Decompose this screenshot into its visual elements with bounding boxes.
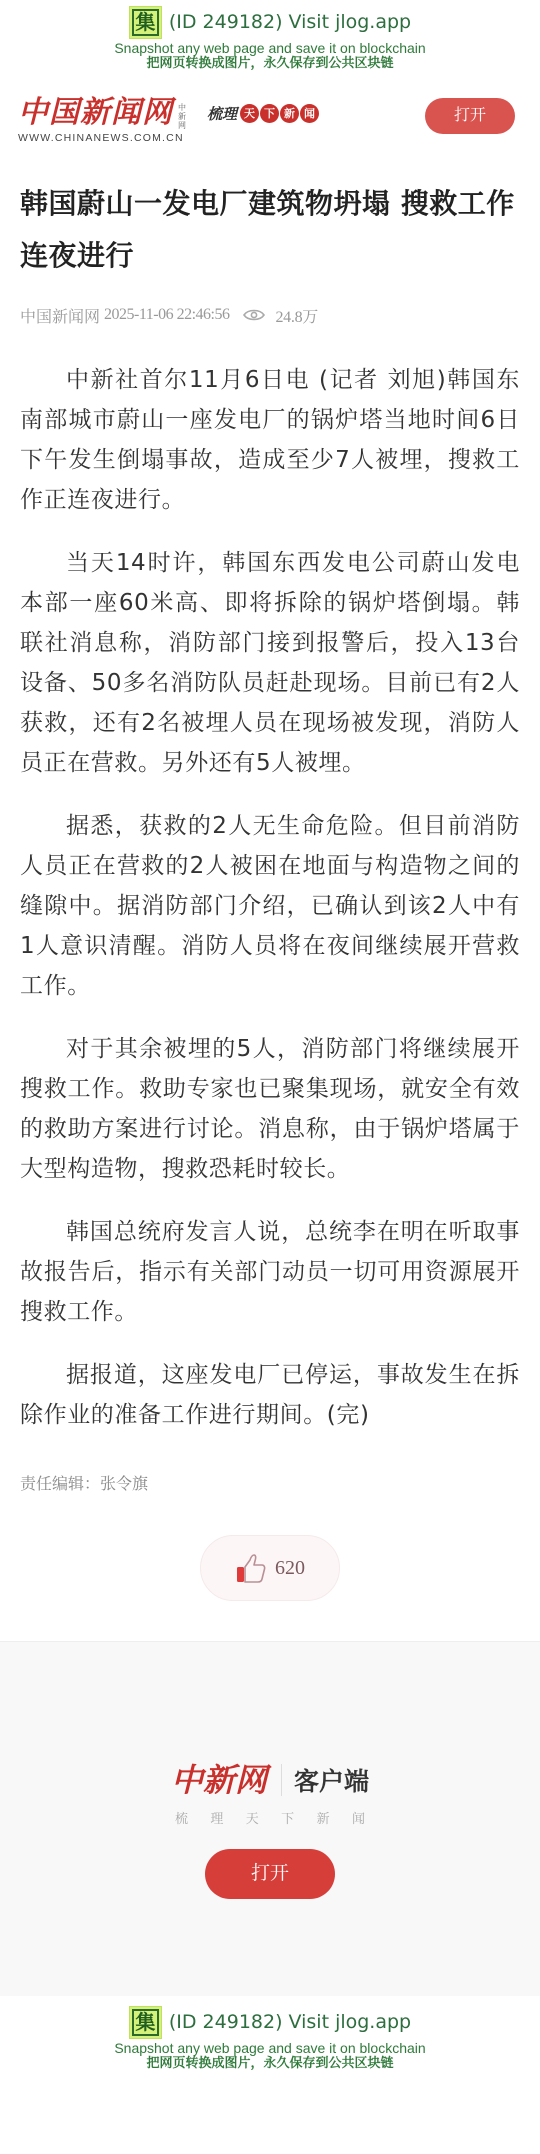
like-button[interactable]: 620 — [200, 1535, 340, 1601]
article-datetime: 2025-11-06 22:46:56 — [104, 306, 229, 324]
watermark-banner-top: 集 (ID 249182) Visit jlog.app Snapshot an… — [0, 0, 540, 80]
watermark-id-link[interactable]: (ID 249182) Visit jlog.app — [169, 2011, 411, 2033]
site-header: 中国新闻网 中新网 WWW.CHINANEWS.COM.CN 梳理 天 下 新 … — [0, 80, 540, 160]
watermark-tagline-zh: 把网页转换成图片，永久保存到公共区块链 — [0, 56, 540, 72]
like-count: 620 — [275, 1557, 305, 1580]
responsible-editor: 责任编辑：张令旗 — [20, 1469, 520, 1499]
open-app-button-top[interactable]: 打开 — [425, 98, 515, 134]
watermark-id-link[interactable]: (ID 249182) Visit jlog.app — [169, 11, 411, 33]
chinanews-logo[interactable]: 中国新闻网 中新网 WWW.CHINANEWS.COM.CN — [18, 96, 187, 144]
article-title: 韩国蔚山一发电厂建筑物坍塌 搜救工作连夜进行 — [20, 160, 520, 282]
eye-icon — [243, 308, 265, 322]
promo-logo: 中新网 — [171, 1760, 267, 1800]
watermark-banner-bottom: 集 (ID 249182) Visit jlog.app Snapshot an… — [0, 1996, 540, 2077]
article-body: 中新社首尔11月6日电 (记者 刘旭)韩国东南部城市蔚山一座发电厂的锅炉塔当地时… — [20, 360, 520, 1435]
article-paragraph: 据悉，获救的2人无生命危险。但目前消防人员正在营救的2人被困在地面与构造物之间的… — [20, 806, 520, 1006]
like-section: 620 — [20, 1535, 520, 1601]
slogan-char: 闻 — [300, 104, 319, 123]
article-paragraph: 对于其余被埋的5人，消防部门将继续展开搜救工作。救助专家也已聚集现场，就安全有效… — [20, 1029, 520, 1189]
article-paragraph: 韩国总统府发言人说，总统李在明在听取事故报告后，指示有关部门动员一切可用资源展开… — [20, 1212, 520, 1332]
article-paragraph: 据报道，这座发电厂已停运，事故发生在拆除作业的准备工作进行期间。(完) — [20, 1355, 520, 1435]
jlog-badge-icon: 集 — [129, 2006, 162, 2039]
article-paragraph: 当天14时许，韩国东西发电公司蔚山发电本部一座60米高、即将拆除的锅炉塔倒塌。韩… — [20, 543, 520, 783]
watermark-tagline-en: Snapshot any web page and save it on blo… — [0, 40, 540, 56]
article-paragraph: 中新社首尔11月6日电 (记者 刘旭)韩国东南部城市蔚山一座发电厂的锅炉塔当地时… — [20, 360, 520, 520]
slogan-char: 新 — [280, 104, 299, 123]
logo-vertical-text: 中新网 — [177, 103, 187, 130]
open-app-button-bottom[interactable]: 打开 — [205, 1849, 335, 1899]
watermark-tagline-zh: 把网页转换成图片，永久保存到公共区块链 — [0, 2056, 540, 2072]
article-meta: 中国新闻网 2025-11-06 22:46:56 24.8万 — [20, 302, 520, 328]
watermark-tagline-en: Snapshot any web page and save it on blo… — [0, 2040, 540, 2056]
article: 韩国蔚山一发电厂建筑物坍塌 搜救工作连夜进行 中国新闻网 2025-11-06 … — [0, 160, 540, 1601]
logo-text: 中国新闻网 — [18, 96, 173, 130]
slogan-char: 天 — [240, 104, 259, 123]
slogan-char: 下 — [260, 104, 279, 123]
promo-app-label: 客户端 — [294, 1762, 369, 1798]
header-slogan: 梳理 天 下 新 闻 — [207, 103, 319, 124]
promo-slogan: 梳 理 天 下 新 闻 — [175, 1808, 365, 1827]
jlog-badge-icon: 集 — [129, 6, 162, 39]
view-count: 24.8万 — [275, 304, 318, 327]
logo-url: WWW.CHINANEWS.COM.CN — [18, 132, 187, 144]
promo-brand: 中新网 客户端 — [171, 1760, 369, 1800]
thumbs-up-icon — [235, 1552, 267, 1584]
divider — [281, 1764, 282, 1796]
article-source: 中国新闻网 — [20, 304, 100, 327]
app-promo: 中新网 客户端 梳 理 天 下 新 闻 打开 — [0, 1641, 540, 1996]
